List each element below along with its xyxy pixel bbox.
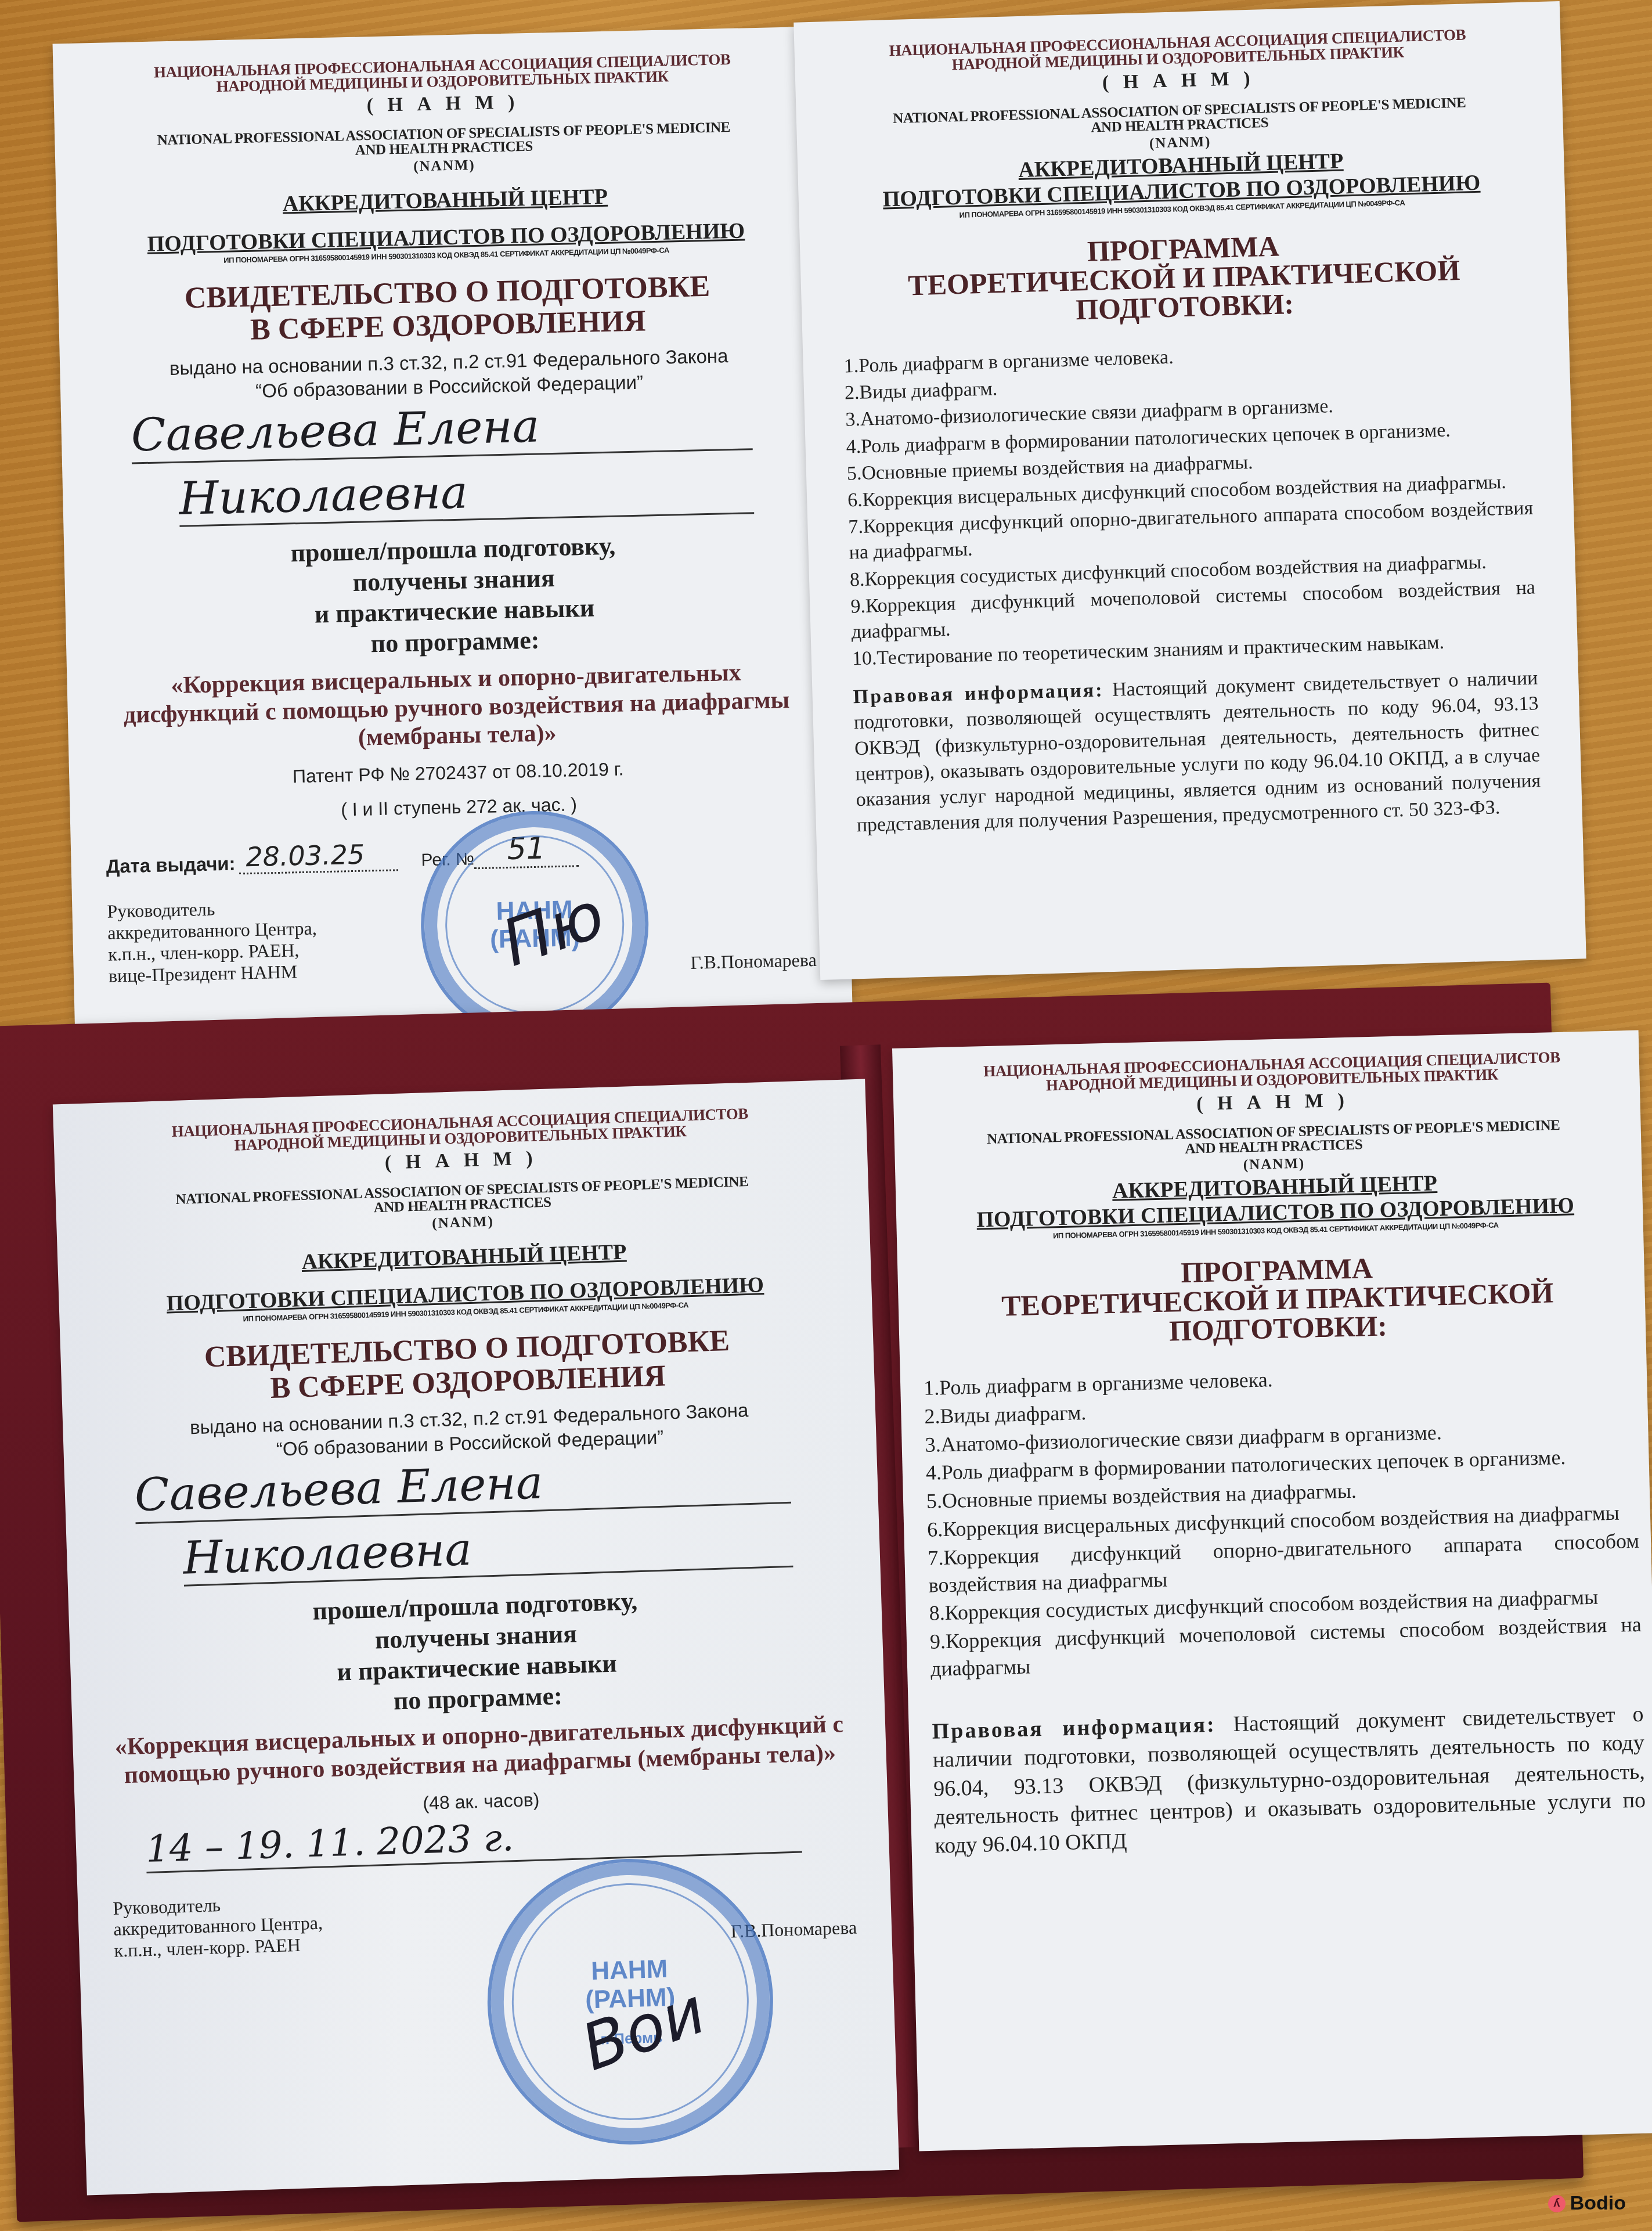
issue-row: Дата выдачи: 28.03.25 Рег. № 51 — [106, 825, 814, 878]
holder-patronymic: Николаевна — [178, 460, 754, 527]
certificate-top: НАЦИОНАЛЬНАЯ ПРОФЕССИОНАЛЬНАЯ АССОЦИАЦИЯ… — [53, 26, 853, 1048]
signer-name: Г.В.Пономарева — [690, 949, 817, 973]
program-title: ПРОГРАММА ТЕОРЕТИЧЕСКОЙ И ПРАКТИЧЕСКОЙ П… — [921, 1247, 1634, 1351]
bodio-watermark: ʎ Bodio — [1548, 2192, 1626, 2215]
signature-block: Руководитель аккредитованного Центра, к.… — [107, 885, 817, 986]
signer-title: Руководитель аккредитованного Центра, к.… — [107, 896, 318, 986]
signature-block: Руководитель аккредитованного Центра, к.… — [113, 1874, 857, 1962]
program-title: ПРОГРАММА ТЕОРЕТИЧЕСКОЙ И ПРАКТИЧЕСКОЙ П… — [841, 225, 1528, 331]
reg-number-label: Рег. № — [421, 850, 474, 871]
center-title: АККРЕДИТОВАННЫЙ ЦЕНТР — [92, 1234, 836, 1280]
center-title: АККРЕДИТОВАННЫЙ ЦЕНТР — [91, 181, 800, 219]
issue-date-label: Дата выдачи: — [106, 853, 236, 878]
certificate-title: СВИДЕТЕЛЬСТВО О ПОДГОТОВКЕ В СФЕРЕ ОЗДОР… — [93, 268, 802, 350]
program-topics-list: 1.Роль диафрагм в организме человека.2.В… — [924, 1357, 1643, 1683]
legal-label: Правовая информация: — [932, 1712, 1216, 1743]
program-name: «Коррекция висцеральных и опорно-двигате… — [102, 658, 811, 758]
completion-statement: прошел/прошла подготовку, получены знани… — [103, 1580, 850, 1725]
legal-information: Правовая информация: Настоящий документ … — [853, 666, 1542, 839]
legal-information: Правовая информация: Настоящий документ … — [932, 1700, 1647, 1861]
completion-statement: прошел/прошла подготовку, получены знани… — [99, 527, 809, 665]
certificate-bottom: НАЦИОНАЛЬНАЯ ПРОФЕССИОНАЛЬНАЯ АССОЦИАЦИЯ… — [53, 1079, 899, 2195]
watermark-label: Bodio — [1570, 2192, 1626, 2215]
signature-scribble-icon: Вои — [572, 1973, 715, 2085]
stamp-text-2: (РАНМ) — [585, 1983, 675, 2014]
certificate-title: СВИДЕТЕЛЬСТВО О ПОДГОТОВКЕ В СФЕРЕ ОЗДОР… — [95, 1321, 840, 1411]
signer-title: Руководитель аккредитованного Центра, к.… — [113, 1891, 324, 1962]
signer-name: Г.В.Пономарева — [730, 1917, 857, 1942]
stamp-text-1: НАНМ — [590, 1955, 668, 1986]
program-bottom: НАЦИОНАЛЬНАЯ ПРОФЕССИОНАЛЬНАЯ АССОЦИАЦИЯ… — [892, 1030, 1652, 2151]
program-top: НАЦИОНАЛЬНАЯ ПРОФЕССИОНАЛЬНАЯ АССОЦИАЦИЯ… — [793, 1, 1586, 980]
patent-number: Патент РФ № 2702437 от 08.10.2019 г. — [104, 754, 813, 792]
signer-title-line-4: вице-Президент НАНМ — [109, 960, 318, 986]
bodio-logo-icon: ʎ — [1548, 2195, 1566, 2212]
legal-label: Правовая информация: — [853, 680, 1104, 708]
holder-patronymic: Николаевна — [182, 1513, 793, 1587]
stamp-city: г. Пермь — [600, 2029, 662, 2048]
program-topics-list: 1.Роль диафрагм в организме человека.2.В… — [843, 335, 1537, 672]
course-hours: ( I и II ступень 272 ак. час. ) — [104, 788, 813, 826]
holder-name: Савельева Елена — [131, 396, 753, 464]
program-name: «Коррекция висцеральных и опорно-двигате… — [107, 1710, 852, 1790]
issue-date-value: 28.03.25 — [239, 838, 398, 875]
reg-number-value: 51 — [474, 831, 579, 870]
